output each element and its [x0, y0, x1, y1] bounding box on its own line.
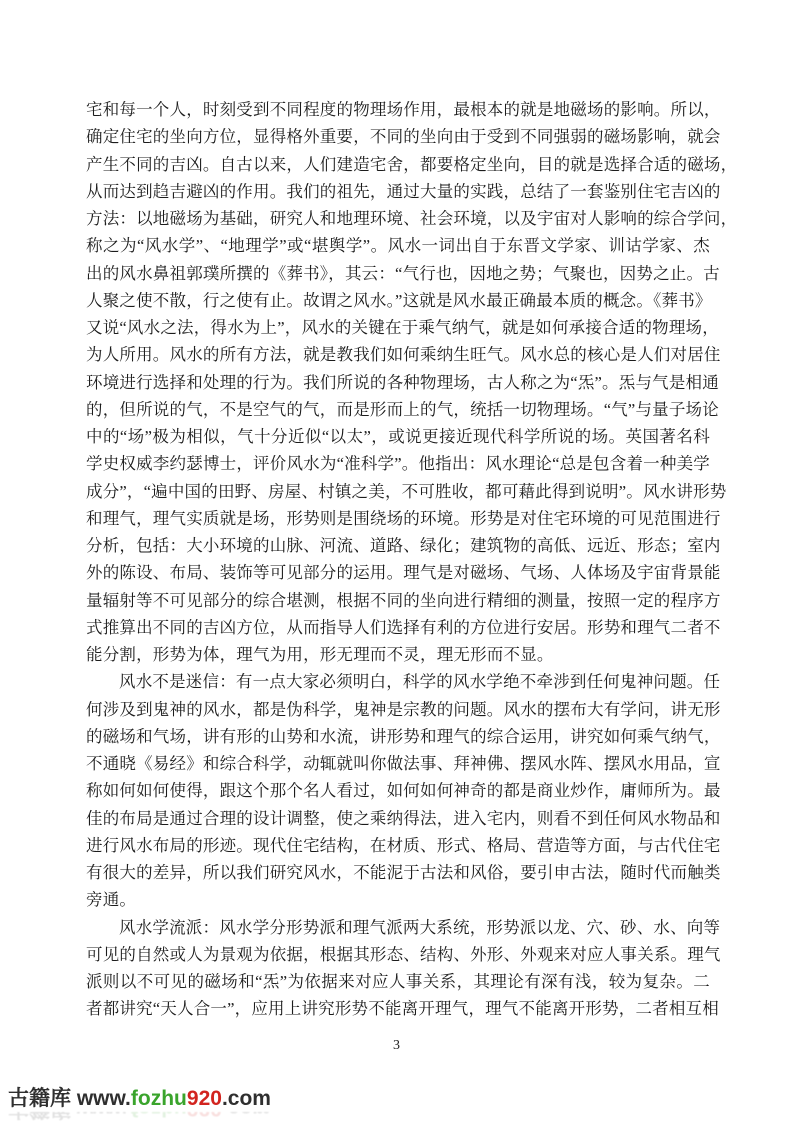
text-line: 的，但所说的气，不是空气的气，而是形而上的气，统括一切物理场。“气”与量子场论 [86, 396, 710, 423]
text-line: 确定住宅的坐向方位，显得格外重要，不同的坐向由于受到不同强弱的磁场影响，就会 [86, 123, 710, 150]
text-line: 为人所用。风水的所有方法，就是教我们如何乘纳生旺气。风水总的核心是人们对居住 [86, 341, 710, 368]
text-line: 佳的布局是通过合理的设计调整，使之乘纳得法，进入宅内，则看不到任何风水物品和 [86, 805, 710, 832]
text-line: 外的陈设、布局、装饰等可见部分的运用。理气是对磁场、气场、人体场及宇宙背景能 [86, 559, 710, 586]
watermark-url-red: 920 [187, 1087, 222, 1110]
watermark-text: 古籍库 www.fozhu920.com [8, 1086, 271, 1112]
text-line: 中的“场”极为相似，气十分近似“以太”，或说更接近现代科学所说的场。英国著名科 [86, 423, 710, 450]
text-line: 进行风水布局的形迹。现代住宅结构，在材质、形式、格局、营造等方面，与古代住宅 [86, 832, 710, 859]
watermark-url-prefix: www. [71, 1087, 131, 1110]
text-line: 又说“风水之法，得水为上”，风水的关键在于乘气纳气，就是如何承接合适的物理场， [86, 314, 710, 341]
text-line: 有很大的差异，所以我们研究风水，不能泥于古法和风俗，要引申古法，随时代而触类 [86, 859, 710, 886]
text-line: 分析，包括：大小环境的山脉、河流、道路、绿化；建筑物的高低、远近、形态；室内 [86, 532, 710, 559]
page-number: 3 [0, 1038, 793, 1054]
text-line: 风水不是迷信：有一点大家必须明白，科学的风水学绝不牵涉到任何鬼神问题。任 [86, 668, 710, 695]
text-line: 方法：以地磁场为基础，研究人和地理环境、社会环境，以及宇宙对人影响的综合学问， [86, 205, 710, 232]
text-line: 学史权威李约瑟博士，评价风水为“准科学”。他指出：风水理论“总是包含着一种美学 [86, 450, 710, 477]
text-line: 量辐射等不可见部分的综合堪测，根据不同的坐向进行精细的测量，按照一定的程序方 [86, 587, 710, 614]
text-line: 可见的自然或人为景观为依据，根据其形态、结构、外形、外观来对应人事关系。理气 [86, 941, 710, 968]
text-line: 产生不同的吉凶。自古以来，人们建造宅舍，都要格定坐向，目的就是选择合适的磁场， [86, 151, 710, 178]
text-line: 派则以不可见的磁场和“炁”为依据来对应人事关系，其理论有深有浅，较为复杂。二 [86, 968, 710, 995]
document-page: 宅和每一个人，时刻受到不同程度的物理场作用，最根本的就是地磁场的影响。所以，确定… [0, 0, 793, 1122]
watermark-url-green: fozhu [131, 1087, 187, 1110]
text-line: 式推算出不同的吉凶方位，从而指导人们选择有利的方位进行安居。形势和理气二者不 [86, 614, 710, 641]
text-line: 不通晓《易经》和综合科学，动辄就叫你做法事、拜神佛、摆风水阵、摆风水用品，宣 [86, 750, 710, 777]
text-line: 从而达到趋吉避凶的作用。我们的祖先，通过大量的实践，总结了一套鉴别住宅吉凶的 [86, 178, 710, 205]
text-line: 宅和每一个人，时刻受到不同程度的物理场作用，最根本的就是地磁场的影响。所以， [86, 96, 710, 123]
text-line: 环境进行选择和处理的行为。我们所说的各种物理场，古人称之为“炁”。炁与气是相通 [86, 369, 710, 396]
text-line: 出的风水鼻祖郭璞所撰的《葬书》，其云：“气行也，因地之势；气聚也，因势之止。古 [86, 260, 710, 287]
watermark-url-suffix: .com [222, 1087, 271, 1110]
watermark-reflection: 古籍库 www.fozhu920.com [8, 1112, 271, 1121]
footer-watermark: 古籍库 www.fozhu920.com 古籍库 www.fozhu920.co… [8, 1086, 271, 1121]
text-body: 宅和每一个人，时刻受到不同程度的物理场作用，最根本的就是地磁场的影响。所以，确定… [86, 96, 710, 1023]
watermark-site-name: 古籍库 [8, 1087, 71, 1110]
text-line: 称之为“风水学”、“地理学”或“堪舆学”。风水一词出自于东晋文学家、训诂学家、杰 [86, 232, 710, 259]
text-line: 何涉及到鬼神的风水，都是伪科学，鬼神是宗教的问题。风水的摆布大有学问，讲无形 [86, 696, 710, 723]
text-line: 称如何如何使得，跟这个那个名人看过，如何如何神奇的都是商业炒作，庸师所为。最 [86, 777, 710, 804]
text-line: 能分割，形势为体，理气为用，形无理而不灵，理无形而不显。 [86, 641, 710, 668]
text-line: 人聚之使不散，行之使有止。故谓之风水。”这就是风水最正确最本质的概念。《葬书》 [86, 287, 710, 314]
text-line: 和理气，理气实质就是场，形势则是围绕场的环境。形势是对住宅环境的可见范围进行 [86, 505, 710, 532]
text-line: 者都讲究“天人合一”，应用上讲究形势不能离开理气，理气不能离开形势，二者相互相 [86, 995, 710, 1022]
text-line: 的磁场和气场，讲有形的山势和水流，讲形势和理气的综合运用，讲究如何乘气纳气， [86, 723, 710, 750]
text-line: 风水学流派：风水学分形势派和理气派两大系统，形势派以龙、穴、砂、水、向等 [86, 914, 710, 941]
text-line: 成分”，“遍中国的田野、房屋、村镇之美，不可胜收，都可藉此得到说明”。风水讲形势 [86, 478, 710, 505]
text-line: 旁通。 [86, 886, 710, 913]
